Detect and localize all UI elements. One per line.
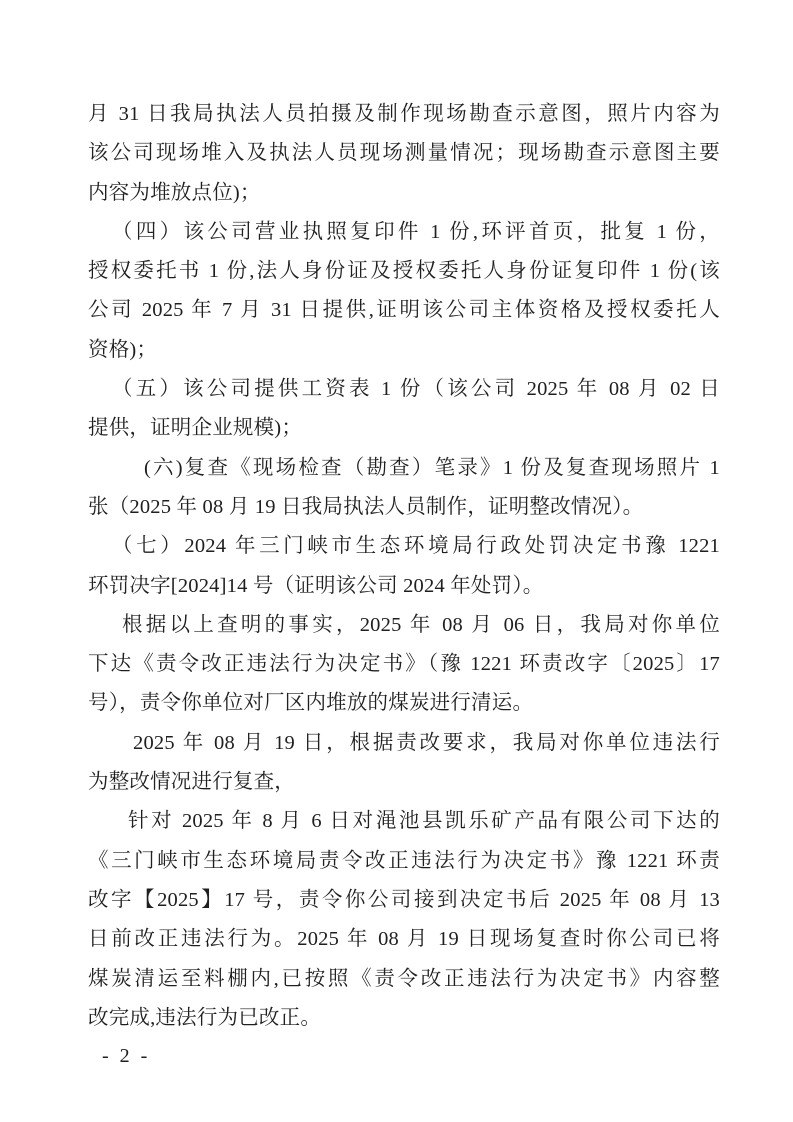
document-line: 《三门峡市生态环境局责令改正违法行为决定书》豫 1221 环责 (88, 842, 720, 881)
document-line: 月 31 日我局执法人员拍摄及制作现场勘查示意图，照片内容为 (88, 95, 720, 134)
document-line: 资格)； (88, 331, 720, 370)
document-line: 2025 年 08 月 19 日，根据责改要求，我局对你单位违法行 (88, 724, 720, 763)
document-line: 改字【2025】17 号，责令你公司接到决定书后 2025 年 08 月 13 (88, 881, 720, 920)
document-line: 改完成,违法行为已改正。 (88, 999, 720, 1038)
document-line: 日前改正违法行为。2025 年 08 月 19 日现场复查时你公司已将 (88, 920, 720, 959)
document-page: 月 31 日我局执法人员拍摄及制作现场勘查示意图，照片内容为 该公司现场堆入及执… (0, 0, 793, 1122)
document-line: 环罚决字[2024]14 号（证明该公司 2024 年处罚）。 (88, 567, 720, 606)
document-line: 内容为堆放点位)； (88, 174, 720, 213)
document-line: 煤炭清运至料棚内,已按照《责令改正违法行为决定书》内容整 (88, 960, 720, 999)
document-line: (六)复查《现场检查（勘查）笔录》1 份及复查现场照片 1 (88, 449, 720, 488)
document-line: （七）2024 年三门峡市生态环境局行政处罚决定书豫 1221 (88, 527, 720, 566)
document-line: 为整改情况进行复查， (88, 763, 720, 802)
document-line: 张（2025 年 08 月 19 日我局执法人员制作，证明整改情况）。 (88, 488, 720, 527)
document-line: 号），责令你单位对厂区内堆放的煤炭进行清运。 (88, 684, 720, 723)
document-line: 公司 2025 年 7 月 31 日提供,证明该公司主体资格及授权委托人 (88, 291, 720, 330)
document-body: 月 31 日我局执法人员拍摄及制作现场勘查示意图，照片内容为 该公司现场堆入及执… (88, 95, 720, 1038)
document-line: 下达《责令改正违法行为决定书》（豫 1221 环责改字〔2025〕17 (88, 645, 720, 684)
document-line: 针对 2025 年 8 月 6 日对渑池县凯乐矿产品有限公司下达的 (88, 802, 720, 841)
page-number: - 2 - (88, 1043, 720, 1069)
document-line: 该公司现场堆入及执法人员现场测量情况；现场勘查示意图主要 (88, 134, 720, 173)
document-line: （四）该公司营业执照复印件 1 份,环评首页，批复 1 份， (88, 213, 720, 252)
document-line: 授权委托书 1 份,法人身份证及授权委托人身份证复印件 1 份(该 (88, 252, 720, 291)
document-line: （五）该公司提供工资表 1 份（该公司 2025 年 08 月 02 日 (88, 370, 720, 409)
document-line: 提供，证明企业规模)； (88, 409, 720, 448)
document-line: 根据以上查明的事实，2025 年 08 月 06 日，我局对你单位 (88, 606, 720, 645)
